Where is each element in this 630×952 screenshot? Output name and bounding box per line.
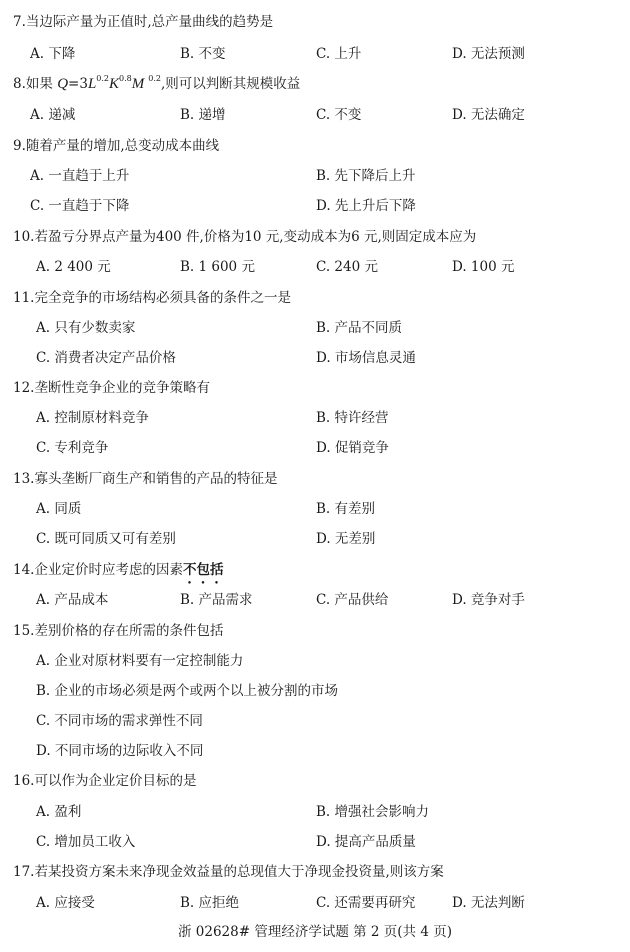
question-14: 14.企业定价时应考虑的因素不包括	[13, 558, 223, 587]
question-stem: 差别价格的存在所需的条件包括	[34, 623, 223, 639]
option-b: B. 增强社会影响力	[316, 800, 429, 820]
option-a: A. 递减	[30, 103, 75, 123]
option-c: C. 还需要再研究	[316, 891, 415, 911]
question-stem: 随着产量的增加,总变动成本曲线	[26, 138, 219, 154]
option-d: D. 无差别	[316, 527, 375, 547]
option-a: A. 同质	[36, 497, 81, 517]
option-c: C. 产品供给	[316, 588, 388, 608]
question-stem-suffix: ,则可以判断其规模收益	[161, 76, 300, 92]
question-7: 7.当边际产量为正值时,总产量曲线的趋势是	[13, 10, 273, 30]
question-number: 16.	[13, 773, 34, 789]
option-c: C. 既可同质又可有差别	[36, 527, 176, 547]
option-a: A. 一直趋于上升	[30, 164, 129, 184]
option-d: D. 100 元	[452, 255, 514, 275]
question-8: 8.如果 Q=3L0.2K0.8M0.2,则可以判断其规模收益	[13, 72, 300, 93]
question-number: 11.	[13, 290, 34, 306]
option-b: B. 有差别	[316, 497, 375, 517]
option-b: B. 产品不同质	[316, 316, 402, 336]
option-d: D. 提高产品质量	[316, 830, 416, 850]
question-number: 12.	[13, 380, 34, 396]
option-c: C. 240 元	[316, 255, 378, 275]
option-d: D. 竞争对手	[452, 588, 525, 608]
question-stem: 垄断性竞争企业的竞争策略有	[34, 380, 210, 396]
question-number: 17.	[13, 864, 34, 880]
option-d: D. 市场信息灵通	[316, 346, 416, 366]
option-a: A. 2 400 元	[36, 255, 111, 275]
option-d: D. 无法预测	[452, 42, 525, 62]
option-b: B. 企业的市场必须是两个或两个以上被分割的市场	[36, 679, 338, 699]
option-a: A. 企业对原材料要有一定控制能力	[36, 649, 243, 669]
option-d: D. 无法判断	[452, 891, 525, 911]
question-12: 12.垄断性竞争企业的竞争策略有	[13, 376, 210, 396]
question-13: 13.寡头垄断厂商生产和销售的产品的特征是	[13, 467, 277, 487]
option-b: B. 递增	[180, 103, 226, 123]
question-11: 11.完全竞争的市场结构必须具备的条件之一是	[13, 286, 291, 306]
question-stem: 若盈亏分界点产量为400 件,价格为10 元,变动成本为6 元,则固定成本应为	[34, 229, 476, 245]
page-footer: 浙 02628# 管理经济学试题 第 2 页(共 4 页)	[0, 920, 630, 940]
question-9: 9.随着产量的增加,总变动成本曲线	[13, 134, 219, 154]
option-d: D. 先上升后下降	[316, 194, 416, 214]
option-c: C. 上升	[316, 42, 361, 62]
option-c: C. 消费者决定产品价格	[36, 346, 176, 366]
question-stem: 寡头垄断厂商生产和销售的产品的特征是	[34, 471, 277, 487]
option-c: C. 不同市场的需求弹性不同	[36, 709, 203, 729]
option-a: A. 下降	[30, 42, 75, 62]
question-15: 15.差别价格的存在所需的条件包括	[13, 619, 223, 639]
option-b: B. 产品需求	[180, 588, 253, 608]
option-d: D. 无法确定	[452, 103, 525, 123]
option-d: D. 促销竞争	[316, 436, 389, 456]
option-a: A. 产品成本	[36, 588, 108, 608]
question-stem: 当边际产量为正值时,总产量曲线的趋势是	[26, 14, 273, 30]
question-stem-prefix: 如果	[26, 76, 57, 92]
exam-page: 7.当边际产量为正值时,总产量曲线的趋势是 A. 下降 B. 不变 C. 上升 …	[0, 0, 630, 952]
emphasis-text: 不包括	[183, 562, 224, 578]
question-16: 16.可以作为企业定价目标的是	[13, 769, 196, 789]
question-number: 15.	[13, 623, 34, 639]
question-number: 8.	[13, 76, 26, 92]
option-c: C. 增加员工收入	[36, 830, 135, 850]
question-number: 13.	[13, 471, 34, 487]
question-number: 14.	[13, 562, 34, 578]
option-a: A. 应接受	[36, 891, 95, 911]
question-number: 7.	[13, 14, 26, 30]
question-stem: 企业定价时应考虑的因素	[34, 562, 183, 578]
option-b: B. 应拒绝	[180, 891, 239, 911]
option-a: A. 控制原材料竞争	[36, 406, 149, 426]
formula: Q=3L0.2K0.8M0.2	[57, 76, 161, 92]
option-c: C. 专利竞争	[36, 436, 108, 456]
option-c: C. 不变	[316, 103, 361, 123]
question-number: 9.	[13, 138, 26, 154]
option-c: C. 一直趋于下降	[30, 194, 129, 214]
option-b: B. 不变	[180, 42, 226, 62]
option-b: B. 特许经营	[316, 406, 389, 426]
question-17: 17.若某投资方案未来净现金效益量的总现值大于净现金投资量,则该方案	[13, 860, 444, 880]
option-b: B. 1 600 元	[180, 255, 255, 275]
option-a: A. 只有少数卖家	[36, 316, 135, 336]
option-a: A. 盈利	[36, 800, 81, 820]
question-stem: 完全竞争的市场结构必须具备的条件之一是	[34, 290, 291, 306]
question-stem: 若某投资方案未来净现金效益量的总现值大于净现金投资量,则该方案	[34, 864, 443, 880]
question-stem: 可以作为企业定价目标的是	[34, 773, 196, 789]
option-b: B. 先下降后上升	[316, 164, 416, 184]
question-10: 10.若盈亏分界点产量为400 件,价格为10 元,变动成本为6 元,则固定成本…	[13, 225, 476, 245]
question-number: 10.	[13, 229, 34, 245]
option-d: D. 不同市场的边际收入不同	[36, 739, 203, 759]
